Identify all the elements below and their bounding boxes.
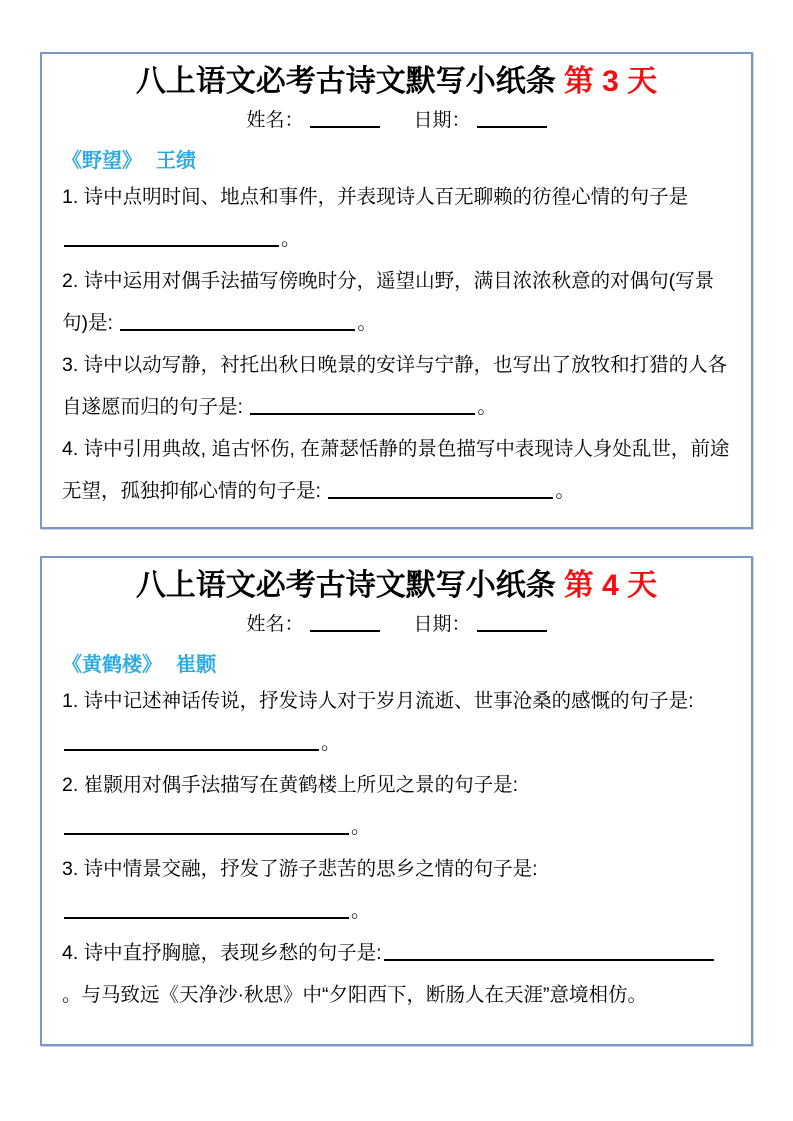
question-text: 1. 诗中记述神话传说，抒发诗人对于岁月流逝、世事沧桑的感慨的句子是:: [62, 690, 694, 712]
date-blank-line: [477, 112, 547, 128]
answer-blank-line: [64, 231, 279, 247]
name-label: 姓名：: [246, 110, 303, 131]
question-text-after: 。: [281, 228, 301, 250]
question-item: 3. 诗中以动写静，衬托出秋日晚景的安详与宁静，也写出了放牧和打猎的人各自遂愿而…: [62, 344, 731, 428]
question-item: 4. 诗中引用典故, 追古怀伤, 在萧瑟恬静的景色描写中表现诗人身处乱世，前途无…: [62, 428, 731, 512]
date-blank-line: [477, 616, 547, 632]
date-label: 日期：: [414, 110, 471, 131]
answer-blank-line: [64, 819, 349, 835]
poem-author: 王绩: [156, 150, 196, 172]
answer-blank-line: [384, 945, 714, 961]
question-text-after: 。: [351, 900, 371, 922]
answer-blank-line: [328, 483, 553, 499]
question-item: 3. 诗中情景交融，抒发了游子悲苦的思乡之情的句子是: 。: [62, 848, 731, 932]
question-text: 4. 诗中直抒胸臆，表现乡愁的句子是:: [62, 942, 382, 964]
name-label: 姓名：: [246, 614, 303, 635]
question-item: 1. 诗中记述神话传说，抒发诗人对于岁月流逝、世事沧桑的感慨的句子是: 。: [62, 680, 731, 764]
name-blank-line: [310, 112, 380, 128]
question-item: 4. 诗中直抒胸臆，表现乡愁的句子是:。与马致远《天净沙·秋思》中“夕阳西下，断…: [62, 932, 731, 1016]
question-text-after: 。: [321, 732, 341, 754]
question-list: 1. 诗中记述神话传说，抒发诗人对于岁月流逝、世事沧桑的感慨的句子是: 。 2.…: [62, 680, 731, 1016]
poem-title: 《野望》: [62, 150, 142, 172]
card-title-text: 八上语文必考古诗文默写小纸条: [136, 65, 556, 98]
worksheet-card-day-3: 八上语文必考古诗文默写小纸条第 3 天 姓名：日期： 《野望》王绩 1. 诗中点…: [40, 52, 753, 529]
card-title-text: 八上语文必考古诗文默写小纸条: [136, 569, 556, 602]
question-item: 2. 崔颢用对偶手法描写在黄鹤楼上所见之景的句子是: 。: [62, 764, 731, 848]
question-text-after: 。: [351, 816, 371, 838]
poem-title: 《黄鹤楼》: [62, 654, 162, 676]
card-title: 八上语文必考古诗文默写小纸条第 4 天: [62, 568, 731, 604]
card-title-day: 第 4 天: [564, 569, 657, 602]
question-text: 2. 崔颢用对偶手法描写在黄鹤楼上所见之景的句子是:: [62, 774, 518, 796]
worksheet-page: 八上语文必考古诗文默写小纸条第 3 天 姓名：日期： 《野望》王绩 1. 诗中点…: [0, 0, 793, 1121]
answer-blank-line: [250, 399, 475, 415]
date-label: 日期：: [414, 614, 471, 635]
question-text-after: 。与马致远《天净沙·秋思》中“夕阳西下，断肠人在天涯”意境相仿。: [62, 984, 647, 1006]
answer-blank-line: [120, 315, 355, 331]
question-text-after: 。: [477, 396, 497, 418]
poem-author: 崔颢: [176, 654, 216, 676]
question-text: 3. 诗中情景交融，抒发了游子悲苦的思乡之情的句子是:: [62, 858, 538, 880]
question-item: 1. 诗中点明时间、地点和事件，并表现诗人百无聊赖的彷徨心情的句子是。: [62, 176, 731, 260]
answer-blank-line: [64, 735, 319, 751]
question-item: 2. 诗中运用对偶手法描写傍晚时分，遥望山野，满目浓浓秋意的对偶句(写景句)是:…: [62, 260, 731, 344]
answer-blank-line: [64, 903, 349, 919]
question-list: 1. 诗中点明时间、地点和事件，并表现诗人百无聊赖的彷徨心情的句子是。 2. 诗…: [62, 176, 731, 512]
question-text-after: 。: [357, 312, 377, 334]
name-blank-line: [310, 616, 380, 632]
name-date-row: 姓名：日期：: [62, 612, 731, 638]
poem-heading: 《黄鹤楼》崔颢: [62, 652, 731, 678]
worksheet-card-day-4: 八上语文必考古诗文默写小纸条第 4 天 姓名：日期： 《黄鹤楼》崔颢 1. 诗中…: [40, 556, 753, 1046]
question-text: 1. 诗中点明时间、地点和事件，并表现诗人百无聊赖的彷徨心情的句子是: [62, 186, 688, 208]
card-title: 八上语文必考古诗文默写小纸条第 3 天: [62, 64, 731, 100]
poem-heading: 《野望》王绩: [62, 148, 731, 174]
question-text-after: 。: [555, 480, 575, 502]
card-title-day: 第 3 天: [564, 65, 657, 98]
name-date-row: 姓名：日期：: [62, 108, 731, 134]
